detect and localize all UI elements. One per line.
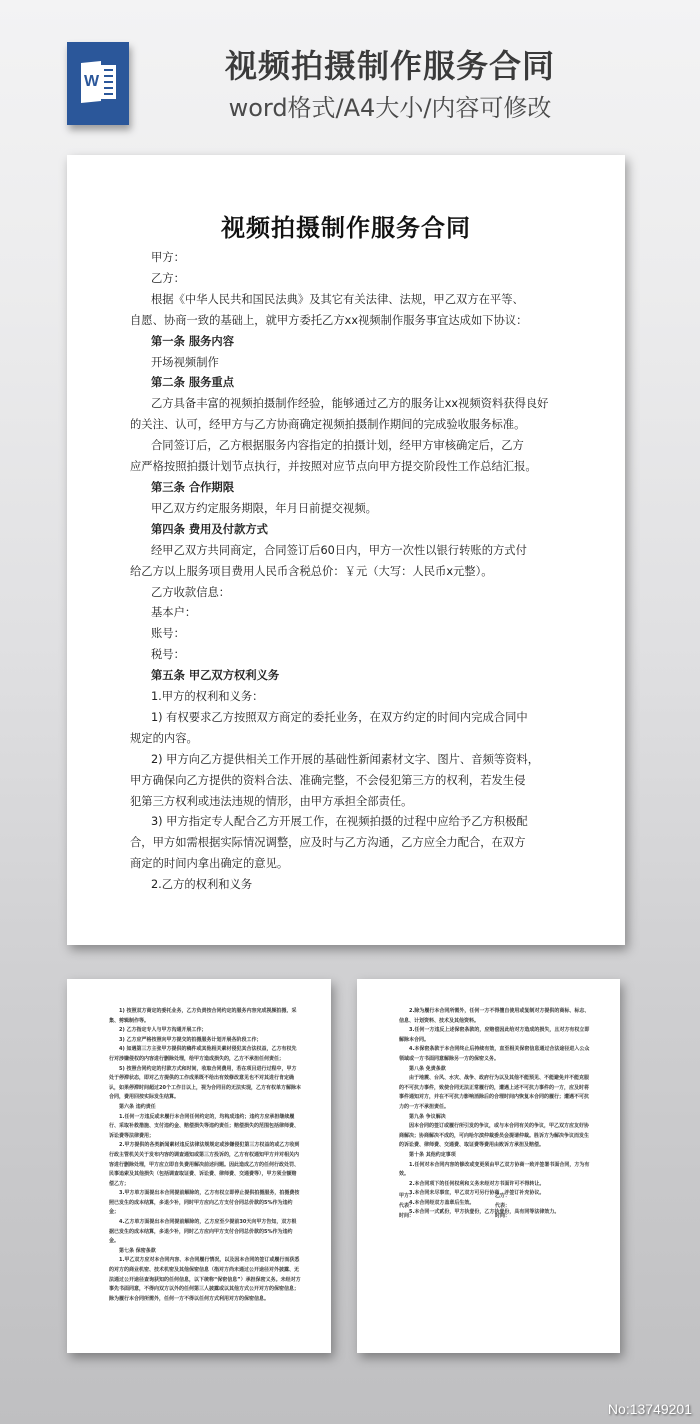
body-line: 2.乙方的权利和义务 xyxy=(151,875,551,896)
document-body: 甲方：乙方：根据《中华人民共和国民法典》及其它有关法律、法规，甲乙双方在平等、自… xyxy=(151,248,551,896)
date-b-label: 时间： xyxy=(495,1212,591,1222)
body-line: 甲方： xyxy=(151,248,551,269)
body-line: 乙方具备丰富的视频拍摄制作经验，能够通过乙方的服务让xx视频资料获得良好 xyxy=(151,394,551,415)
paragraph: 4) 如遇第三方主张甲方提供的稿件或其他相关素材侵犯其合法权益，乙方有权先行对涉… xyxy=(109,1045,301,1064)
serial-number: No:13749201 xyxy=(608,1401,692,1417)
body-line: 基本户： xyxy=(151,603,551,624)
rep-b-label: 代表： xyxy=(495,1202,591,1212)
body-line: 乙方收款信息： xyxy=(151,583,551,604)
date-a-label: 时间： xyxy=(399,1212,495,1222)
party-b-label: 乙方： xyxy=(495,1192,591,1202)
paragraph: 1.任何对本合同内容的修改或变更须由甲乙双方协商一致并签署书面合同，方为有效。 xyxy=(399,1161,591,1180)
doc-lines-icon xyxy=(101,65,116,99)
body-line: 犯第三方权利或违法违规的情形，由甲方承担全部责任。 xyxy=(130,792,551,813)
section-heading: 第七条 保密条款 xyxy=(109,1247,301,1257)
body-line: 账号： xyxy=(151,624,551,645)
paragraph: 1.任何一方违反或未履行本合同任何约定的，均构成违约；违约方应承担继续履行、采取… xyxy=(109,1113,301,1142)
body-line: 应严格按照拍摄计划节点执行，并按照对应节点向甲方提交阶段性工作总结汇报。 xyxy=(130,457,551,478)
body-line: 开场视频制作 xyxy=(151,353,551,374)
body-line: 合，甲方如需根据实际情况调整，应及时与乙方沟通，乙方应全力配合，在双方 xyxy=(130,833,551,854)
paragraph: 3.任何一方违反上述保密条款的，应赔偿因此给对方造成的损失，且对方有权立即解除本… xyxy=(399,1026,591,1045)
body-line: 1) 有权要求乙方按照双方商定的委托业务，在双方约定的时间内完成合同中 xyxy=(151,708,551,729)
body-line: 给乙方以上服务项目费用人民币含税总价：￥元（大写：人民币x元整）。 xyxy=(130,562,551,583)
paragraph: 2.甲方提供的各类新闻素材违反法律法规规定或涉嫌侵犯第三方权益的或乙方收到行政主… xyxy=(109,1141,301,1189)
paragraph: 1) 按照双方商定的委托业务，乙方负责按合同约定的服务内容完成视频拍摄、采集、剪… xyxy=(109,1007,301,1026)
section-heading: 第九条 争议解决 xyxy=(399,1113,591,1123)
preview-page-3: 2.除为履行本合同所需外，任何一方不得擅自使用或复制对方提供的商标、标志、信息、… xyxy=(357,979,620,1353)
section-heading: 第十条 其他约定事项 xyxy=(399,1151,591,1161)
body-line: 甲方确保向乙方提供的资料合法、准确完整，不会侵犯第三方的权利，若发生侵 xyxy=(130,771,551,792)
body-line: 2) 甲方向乙方提供相关工作开展的基础性新闻素材文字、图片、音频等资料， xyxy=(151,750,551,771)
body-line: 3) 甲方指定专人配合乙方开展工作，在视频拍摄的过程中应给予乙方积极配 xyxy=(151,812,551,833)
section-heading: 第六条 违约责任 xyxy=(109,1103,301,1113)
page-3-body: 2.除为履行本合同所需外，任何一方不得擅自使用或复制对方提供的商标、标志、信息、… xyxy=(399,1007,591,1218)
section-heading: 第五条 甲乙双方权利义务 xyxy=(151,666,551,687)
body-line: 规定的内容。 xyxy=(130,729,551,750)
paragraph: 4.乙方单方面提出本合同提前解除的，乙方应至少提前30天向甲方告知，双方根据已发… xyxy=(109,1218,301,1247)
paragraph: 2.除为履行本合同所需外，任何一方不得擅自使用或复制对方提供的商标、标志、信息、… xyxy=(399,1007,591,1026)
paragraph: 4.本保密条款于本合同终止后持续有效，直至相关保密信息通过合法途径进入公众领域或… xyxy=(399,1045,591,1064)
section-heading: 第二条 服务重点 xyxy=(151,373,551,394)
body-line: 1.甲方的权利和义务： xyxy=(151,687,551,708)
word-letter: W xyxy=(84,73,99,91)
header-title: 视频拍摄制作服务合同 xyxy=(220,41,560,87)
page-2-body: 1) 按照双方商定的委托业务，乙方负责按合同约定的服务内容完成视频拍摄、采集、剪… xyxy=(109,1007,301,1304)
section-heading: 第八条 免责条款 xyxy=(399,1065,591,1075)
paragraph: 1.甲乙双方应对本合同内容、本合同履行情况，以及因本合同的签订或履行而获悉的对方… xyxy=(109,1256,301,1304)
section-heading: 第一条 服务内容 xyxy=(151,332,551,353)
body-line: 甲乙双方约定服务期限，年月日前提交视频。 xyxy=(151,499,551,520)
paragraph: 3.甲方单方面提出本合同提前解除的，乙方有权立即停止提供拍摄服务，拍摄费按照已发… xyxy=(109,1189,301,1218)
document-title: 视频拍摄制作服务合同 xyxy=(67,208,625,243)
body-line: 根据《中华人民共和国民法典》及其它有关法律、法规，甲乙双方在平等、 xyxy=(151,290,551,311)
body-line: 税号： xyxy=(151,645,551,666)
paragraph: 由于地震、台风、水灾、战争、政府行为以及其他不能预见、不能避免并不能克服的不可抗… xyxy=(399,1074,591,1112)
body-line: 商定的时间内拿出确定的意见。 xyxy=(130,854,551,875)
paragraph: 因本合同的签订或履行所引发的争议，或与本合同有关的争议，甲乙双方应友好协商解决；… xyxy=(399,1122,591,1151)
body-line: 的关注、认可，经甲方与乙方协商确定视频拍摄制作期间的完成验收服务标准。 xyxy=(130,415,551,436)
section-heading: 第三条 合作期限 xyxy=(151,478,551,499)
body-line: 乙方： xyxy=(151,269,551,290)
paragraph: 2.本合同项下的任何权利和义务未经对方书面许可不得转让。 xyxy=(399,1180,591,1190)
section-heading: 第四条 费用及付款方式 xyxy=(151,520,551,541)
body-line: 经甲乙双方共同商定，合同签订后60日内，甲方一次性以银行转账的方式付 xyxy=(151,541,551,562)
signature-block: 甲方：乙方： 代表：代表： 时间：时间： xyxy=(399,1192,591,1222)
word-doc-icon: W xyxy=(67,42,129,125)
rep-a-label: 代表： xyxy=(399,1202,495,1212)
body-line: 自愿、协商一致的基础上，就甲方委托乙方xx视频制作服务事宜达成如下协议： xyxy=(130,311,551,332)
party-a-label: 甲方： xyxy=(399,1192,495,1202)
preview-page-2: 1) 按照双方商定的委托业务，乙方负责按合同约定的服务内容完成视频拍摄、采集、剪… xyxy=(67,979,331,1353)
header: W 视频拍摄制作服务合同 word格式/A4大小/内容可修改 xyxy=(0,0,700,150)
body-line: 合同签订后，乙方根据服务内容指定的拍摄计划，经甲方审核确定后，乙方 xyxy=(151,436,551,457)
header-subtitle: word格式/A4大小/内容可修改 xyxy=(200,88,580,123)
paragraph: 5) 按照合同约定的付款方式和时间，收取合同费用，若在项目进行过程中，甲方处于停… xyxy=(109,1065,301,1103)
main-document-page: 视频拍摄制作服务合同 甲方：乙方：根据《中华人民共和国民法典》及其它有关法律、法… xyxy=(67,155,625,945)
paragraph: 3) 乙方应严格按照向甲方提交的拍摄服务计划开展各阶段工作； xyxy=(109,1036,301,1046)
paragraph: 2) 乙方指定专人与甲方沟通开展工作； xyxy=(109,1026,301,1036)
